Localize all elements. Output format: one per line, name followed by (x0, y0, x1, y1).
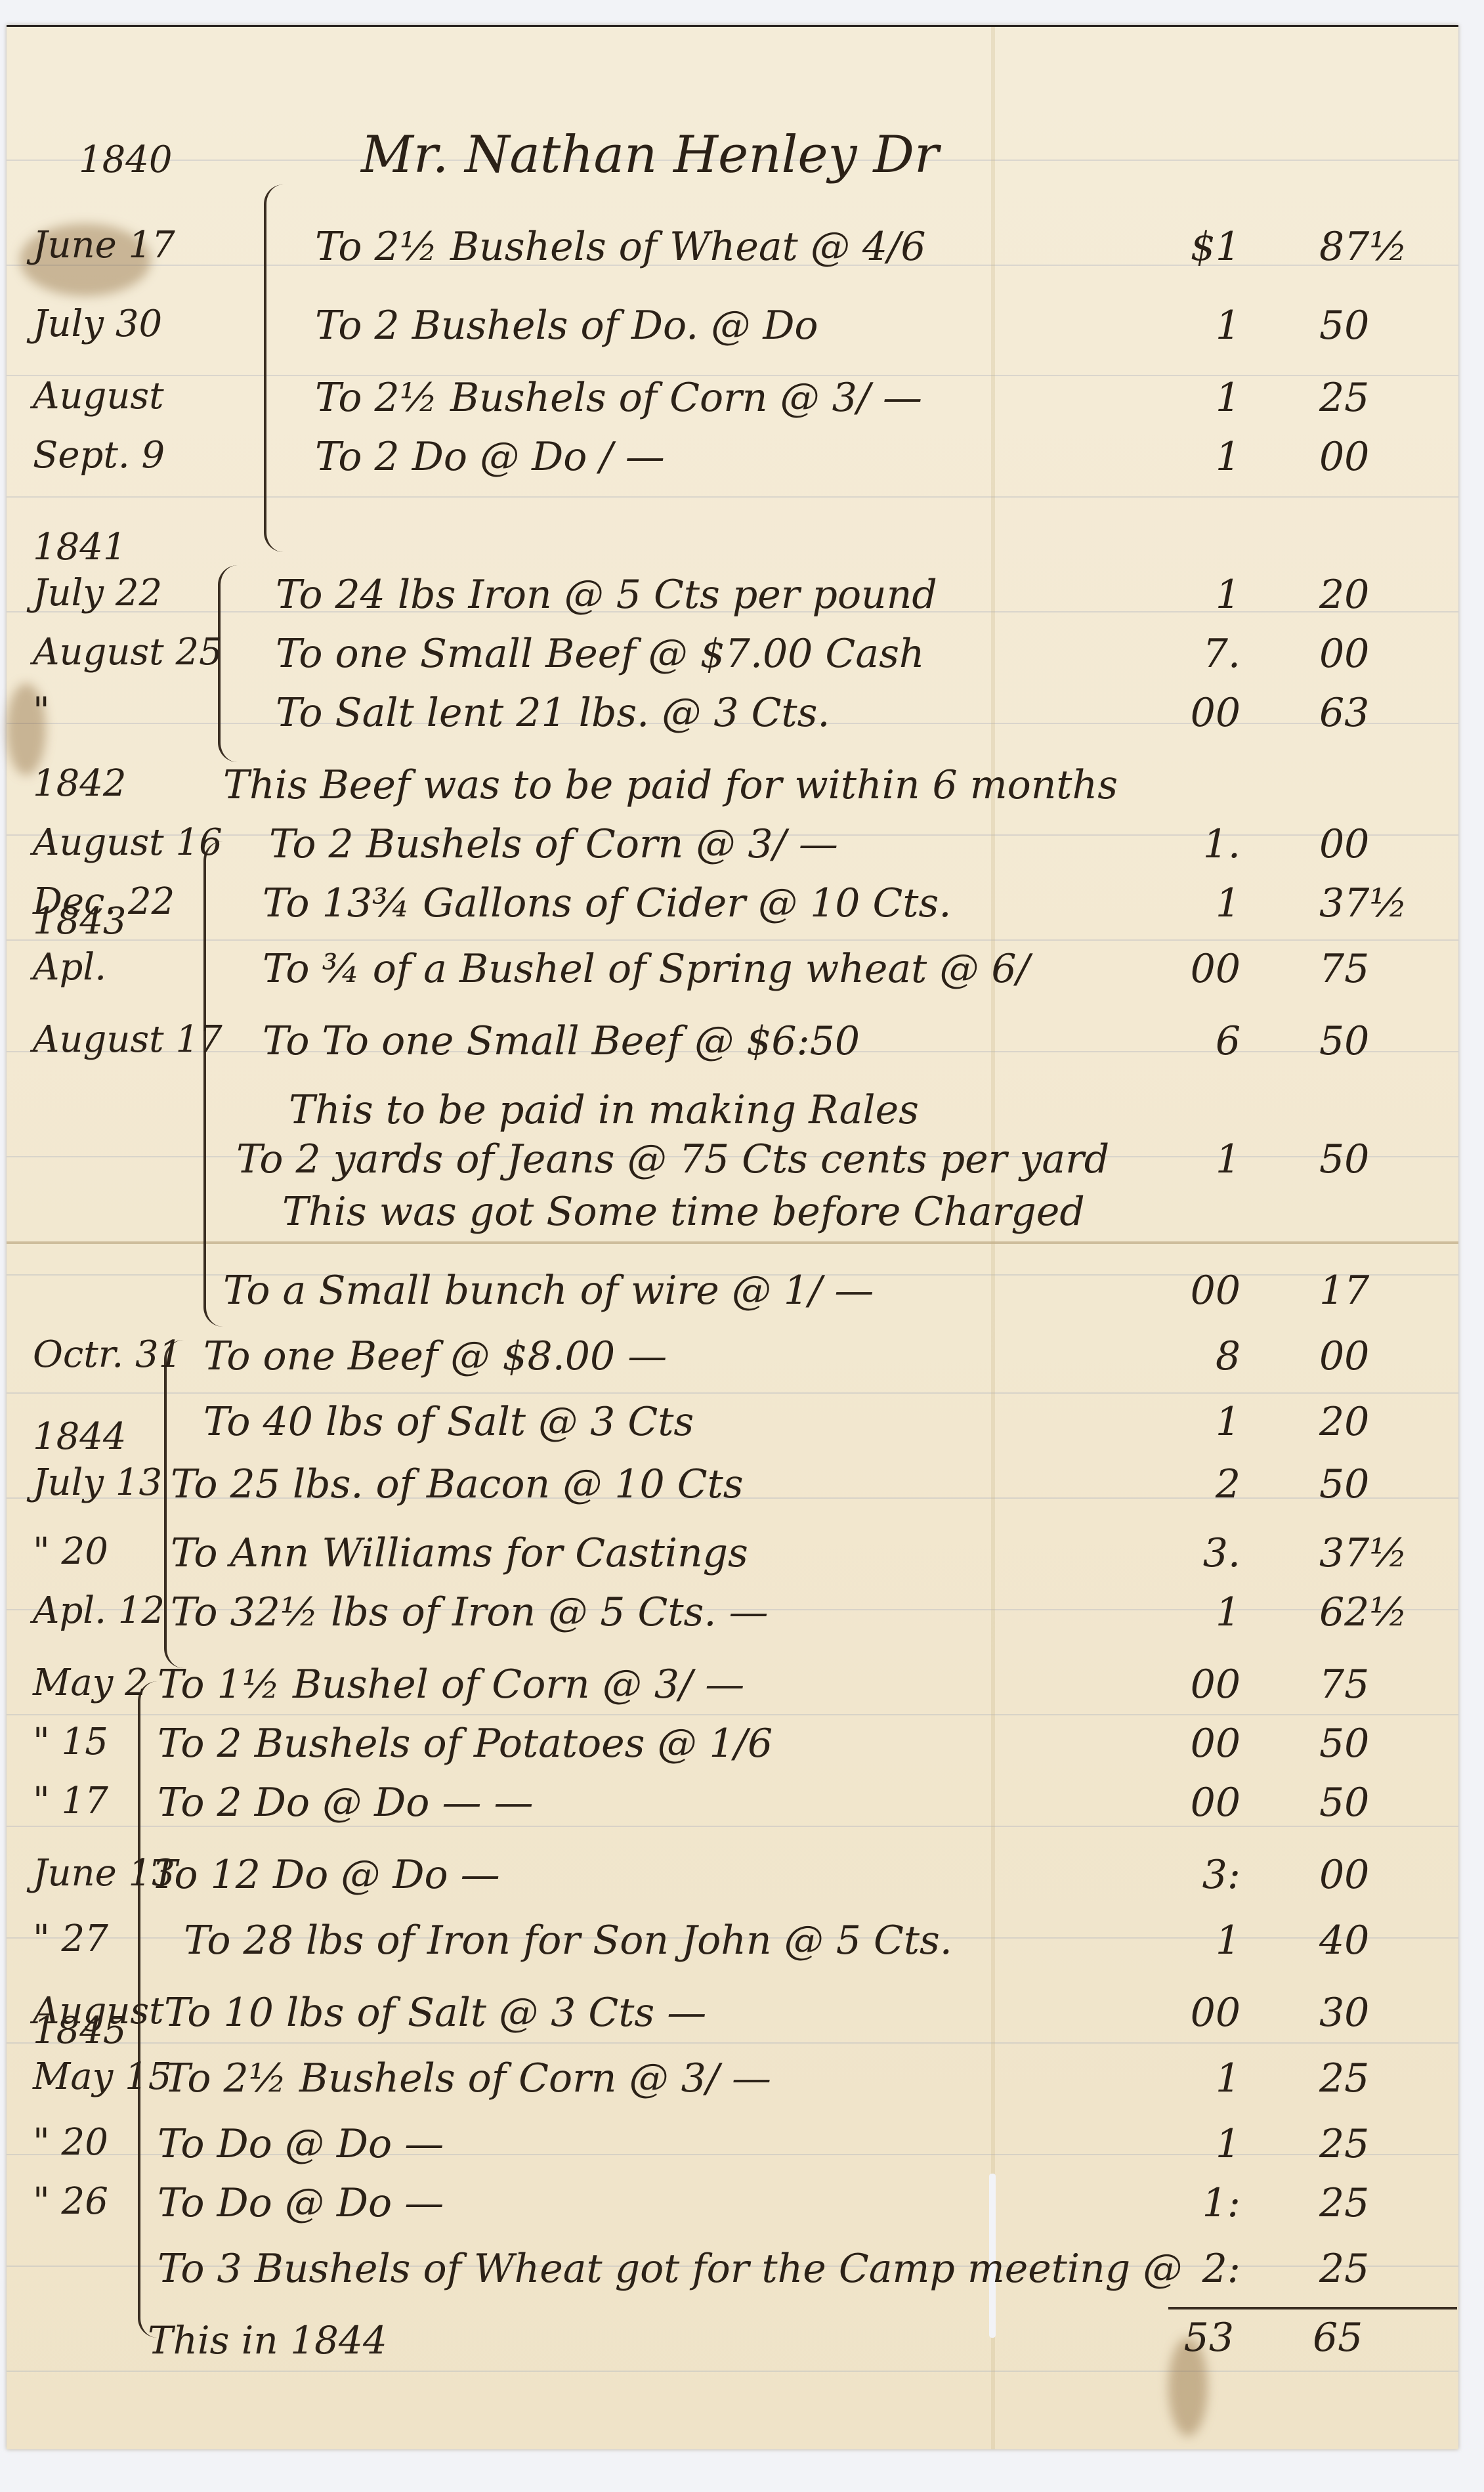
entry-year: 1845 (33, 2009, 127, 2052)
entry-description: To 3 Bushels of Wheat got for the Camp m… (158, 2246, 1182, 2292)
entry-description: To 2 Do @ Do / — (315, 434, 665, 480)
entry-description: To 1½ Bushel of Corn @ 3/ — (158, 1662, 744, 1708)
entry-dollars: 2: (1175, 2246, 1240, 2292)
entry-description: To 2 Bushels of Do. @ Do (315, 303, 818, 349)
entry-cents: 25 (1319, 2180, 1369, 2226)
entry-description: To 25 lbs. of Bacon @ 10 Cts (171, 1461, 744, 1507)
entry-date: August 25 (33, 631, 223, 674)
entry-date: Apl. 12 (33, 1589, 165, 1632)
entry-description: To Do @ Do — (158, 2180, 444, 2226)
entry-description: To Salt lent 21 lbs. @ 3 Cts. (276, 690, 830, 736)
entry-dollars: 1 (1175, 2055, 1240, 2101)
entry-dollars: 7. (1175, 631, 1240, 677)
entry-description: To ¾ of a Bushel of Spring wheat @ 6/ (263, 946, 1030, 992)
entry-date: " 20 (33, 1530, 108, 1573)
entry-cents: 63 (1319, 690, 1369, 736)
footer-note: This in 1844 (148, 2318, 387, 2363)
entry-cents: 00 (1319, 1333, 1369, 1379)
entry-dollars: 00 (1175, 1662, 1240, 1708)
entry-cents: 20 (1319, 1399, 1369, 1445)
entry-date: August 16 (33, 821, 223, 864)
entry-date: May 15 (33, 2055, 171, 2098)
entry-cents: 17 (1319, 1268, 1369, 1314)
entry-cents: 00 (1319, 631, 1369, 677)
entry-description: To 2½ Bushels of Corn @ 3/ — (315, 375, 922, 421)
entry-dollars: 1 (1175, 1589, 1240, 1635)
entry-description: This Beef was to be paid for within 6 mo… (223, 762, 1118, 808)
entry-dollars: 00 (1175, 1268, 1240, 1314)
ledger-page: 1840 Mr. Nathan Henley Dr June 17 To 2½ … (7, 25, 1458, 2449)
entry-cents: 25 (1319, 2246, 1369, 2292)
entry-date: " 20 (33, 2121, 108, 2164)
entry-cents: 00 (1319, 1852, 1369, 1898)
total-rule (1168, 2307, 1457, 2309)
entry-dollars: 1 (1175, 434, 1240, 480)
entry-cents: 00 (1319, 434, 1369, 480)
total-cents: 65 (1313, 2315, 1398, 2361)
entry-cents: 00 (1319, 821, 1369, 867)
entry-year: 1843 (33, 900, 127, 943)
paper-fold-vertical (991, 27, 995, 2449)
entry-dollars: 1 (1175, 572, 1240, 618)
entry-dollars: 1 (1175, 1136, 1240, 1182)
entry-dollars: 1 (1175, 1399, 1240, 1445)
entry-dollars: 00 (1175, 1780, 1240, 1826)
entry-year: 1841 (33, 526, 127, 569)
entry-description: To 28 lbs of Iron for Son John @ 5 Cts. (184, 1918, 952, 1964)
entry-description: This was got Some time before Charged (282, 1189, 1085, 1235)
entry-cents: 50 (1319, 1780, 1369, 1826)
entry-year: 1842 (33, 762, 127, 805)
entry-dollars: 3: (1175, 1852, 1240, 1898)
entry-cents: 50 (1319, 1461, 1369, 1507)
entry-description: To 12 Do @ Do — (151, 1852, 500, 1898)
entry-date: July 13 (33, 1461, 162, 1504)
entry-date: July 22 (33, 572, 162, 614)
entry-cents: 25 (1319, 2055, 1369, 2101)
entry-description: To 2½ Bushels of Corn @ 3/ — (164, 2055, 771, 2101)
entry-description: To Ann Williams for Castings (171, 1530, 748, 1576)
entry-dollars: 1 (1175, 2121, 1240, 2167)
entry-description: To one Small Beef @ $7.00 Cash (276, 631, 925, 677)
entry-dollars: $1 (1175, 224, 1240, 270)
entry-date: " 17 (33, 1780, 108, 1822)
entry-dollars: 8 (1175, 1333, 1240, 1379)
entry-dollars: 00 (1175, 946, 1240, 992)
entry-date: " (33, 690, 50, 733)
entry-cents: 50 (1319, 303, 1369, 349)
entry-description: To 2 Bushels of Corn @ 3/ — (269, 821, 838, 867)
entry-description: To a Small bunch of wire @ 1/ — (223, 1268, 874, 1314)
date-brace (203, 841, 226, 1327)
date-brace (264, 184, 286, 552)
entry-cents: 37½ (1319, 1530, 1408, 1576)
entry-description: To 2½ Bushels of Wheat @ 4/6 (315, 224, 926, 270)
entry-cents: 25 (1319, 375, 1369, 421)
entry-dollars: 1 (1175, 375, 1240, 421)
entry-cents: 75 (1319, 946, 1369, 992)
entry-description: To Do @ Do — (158, 2121, 444, 2167)
entry-cents: 50 (1319, 1721, 1369, 1767)
entry-dollars: 00 (1175, 1990, 1240, 2036)
entry-cents: 50 (1319, 1018, 1369, 1064)
entry-date: " 27 (33, 1918, 108, 1960)
entry-dollars: 1. (1175, 821, 1240, 867)
entry-dollars: 1: (1175, 2180, 1240, 2226)
entry-cents: 37½ (1319, 880, 1408, 926)
entry-dollars: 00 (1175, 1721, 1240, 1767)
entry-description: To 24 lbs Iron @ 5 Cts per pound (276, 572, 937, 618)
entry-cents: 87½ (1319, 224, 1408, 270)
entry-cents: 62½ (1319, 1589, 1408, 1635)
entry-cents: 30 (1319, 1990, 1369, 2036)
entry-description: To one Beef @ $8.00 — (203, 1333, 667, 1379)
entry-cents: 25 (1319, 2121, 1369, 2167)
entry-description: This to be paid in making Rales (289, 1087, 919, 1133)
total-dollars: 53 (1175, 2315, 1234, 2361)
entry-cents: 75 (1319, 1662, 1369, 1708)
entry-cents: 50 (1319, 1136, 1369, 1182)
entry-dollars: 1 (1175, 303, 1240, 349)
entry-date: Octr. 31 (33, 1333, 182, 1376)
entry-dollars: 1 (1175, 1918, 1240, 1964)
entry-date: Sept. 9 (33, 434, 165, 477)
page-title: Mr. Nathan Henley Dr (361, 125, 939, 184)
entry-date: July 30 (33, 303, 162, 345)
entry-date: August (33, 375, 164, 418)
entry-description: To 2 Do @ Do — — (158, 1780, 534, 1826)
heading-year: 1840 (79, 139, 173, 181)
entry-date: May 2 (33, 1662, 148, 1704)
entry-dollars: 6 (1175, 1018, 1240, 1064)
entry-date: " 15 (33, 1721, 108, 1763)
entry-description: To 40 lbs of Salt @ 3 Cts (203, 1399, 694, 1445)
entry-description: To 2 yards of Jeans @ 75 Cts cents per y… (236, 1136, 1109, 1182)
entry-year: 1844 (33, 1415, 127, 1458)
entry-date: June 17 (33, 224, 175, 267)
entry-description: To To one Small Beef @ $6:50 (263, 1018, 860, 1064)
entry-description: To 32½ lbs of Iron @ 5 Cts. — (171, 1589, 769, 1635)
entry-date: Apl. (33, 946, 106, 989)
entry-dollars: 00 (1175, 690, 1240, 736)
entry-dollars: 1 (1175, 880, 1240, 926)
entry-description: To 10 lbs of Salt @ 3 Cts — (164, 1990, 706, 2036)
entry-date: " 26 (33, 2180, 108, 2223)
entry-description: To 13¾ Gallons of Cider @ 10 Cts. (263, 880, 951, 926)
entry-dollars: 2 (1175, 1461, 1240, 1507)
entry-cents: 40 (1319, 1918, 1369, 1964)
entry-date: August 17 (33, 1018, 223, 1061)
entry-description: To 2 Bushels of Potatoes @ 1/6 (158, 1721, 773, 1767)
entry-dollars: 3. (1175, 1530, 1240, 1576)
entry-cents: 20 (1319, 572, 1369, 618)
